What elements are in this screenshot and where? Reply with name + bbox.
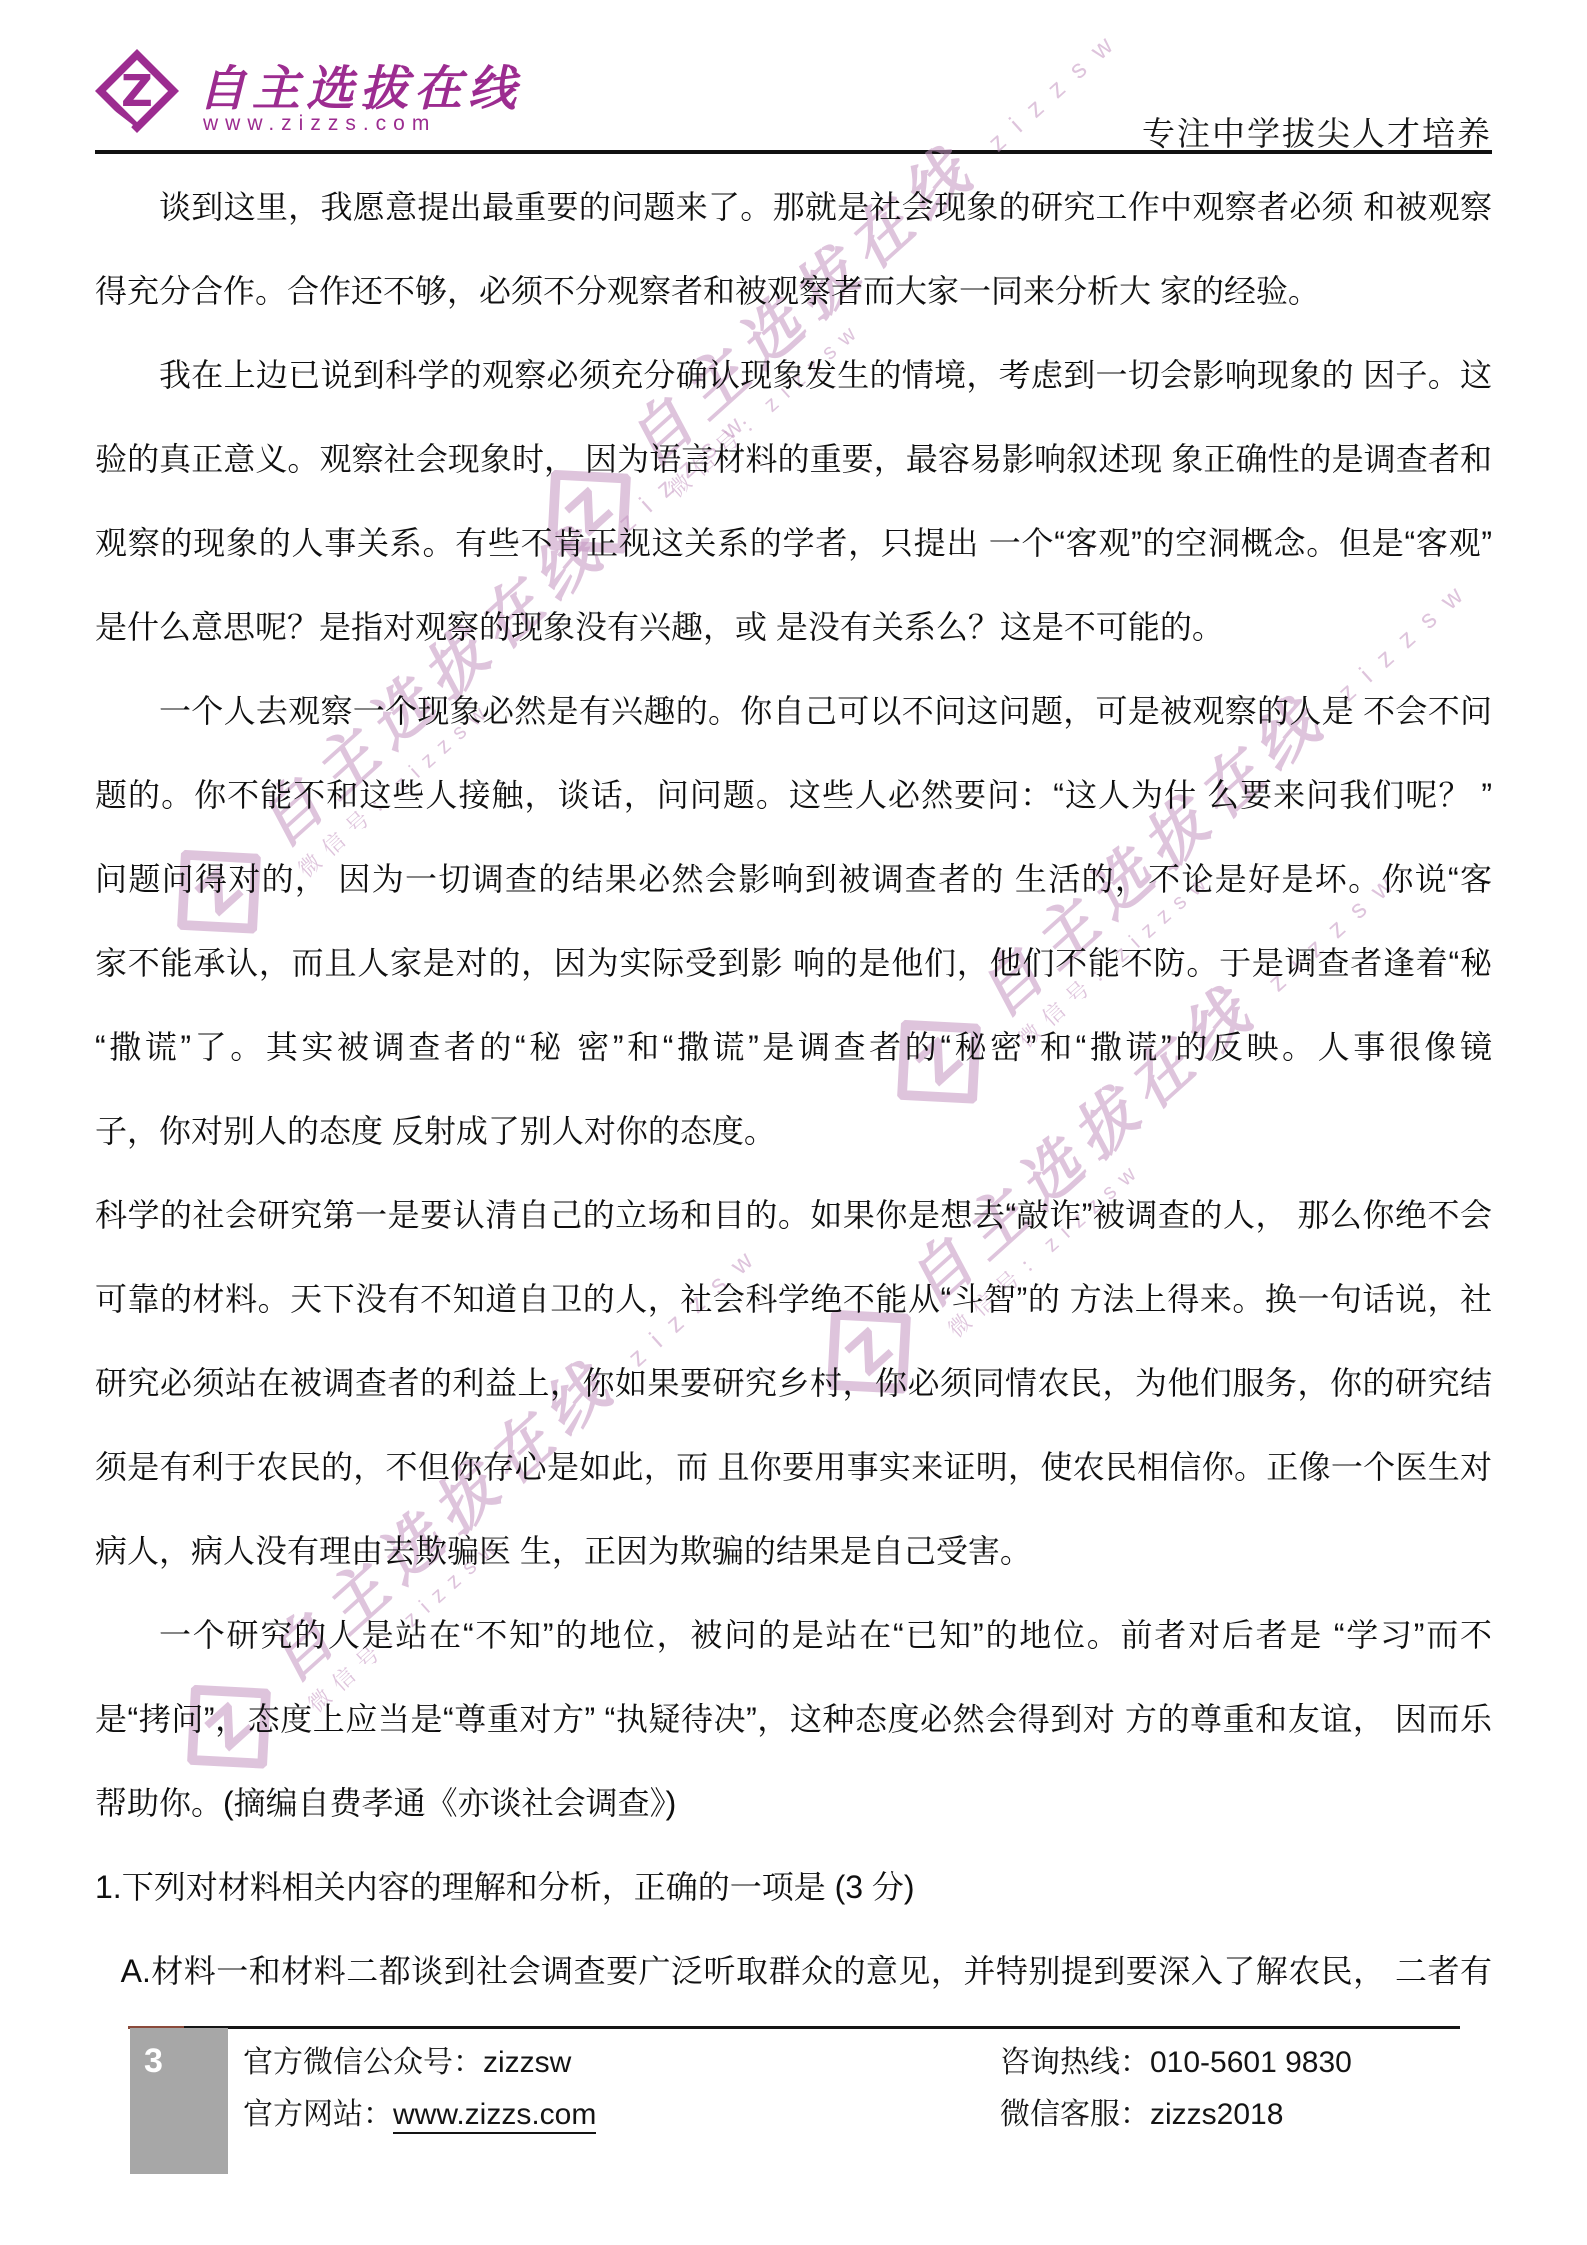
footer-wechat-service: 微信客服：zizzs2018: [1000, 2094, 1352, 2146]
page-number-block: 3: [130, 2028, 228, 2174]
body-line: 帮助你。(摘编自费孝通《亦谈社会调查》): [95, 1761, 1492, 1845]
document-body: 谈到这里，我愿意提出最重要的问题来了。那就是社会现象的研究工作中观察者必须 和被…: [95, 165, 1492, 2013]
footer-hotline-label: 咨询热线：: [1000, 2046, 1150, 2079]
header-divider: [95, 150, 1492, 154]
page-number: 3: [130, 2028, 228, 2081]
body-line: 研究必须站在被调查者的利益上，你如果要研究乡村，你必须同情农民，为他们服务，你的…: [95, 1341, 1492, 1425]
watermark-letters: zizzsw: [982, 20, 1131, 159]
footer-wechat-public-value: zizzsw: [483, 2046, 571, 2079]
footer-wechat-service-value: zizzs2018: [1150, 2098, 1283, 2131]
footer-hotline-value: 010-5601 9830: [1150, 2046, 1352, 2079]
body-line: 题的。你不能不和这些人接触，谈话，问问题。这些人必然要问：“这人为什 么要来问我…: [95, 753, 1492, 837]
footer-left-column: 官方微信公众号：zizzsw 官方网站：www.zizzs.com: [243, 2042, 596, 2146]
footer-right-column: 咨询热线：010-5601 9830 微信客服：zizzs2018: [1000, 2042, 1352, 2146]
body-line: 家不能承认，而且人家是对的，因为实际受到影 响的是他们，他们不能不防。于是调查者…: [95, 921, 1492, 1005]
body-line: 是“拷问”，态度上应当是“尊重对方” “执疑待决”，这种态度必然会得到对 方的尊…: [95, 1677, 1492, 1761]
body-line: 须是有利于农民的，不但你存心是如此，而 且你要用事实来证明，使农民相信你。正像一…: [95, 1425, 1492, 1509]
brand-name: 自主选拔在线: [198, 50, 522, 119]
body-line: 我在上边已说到科学的观察必须充分确认现象发生的情境，考虑到一切会影响现象的 因子…: [95, 333, 1492, 417]
footer-divider: [184, 2026, 1460, 2029]
header-tagline: 专注中学拔尖人才培养: [1142, 108, 1492, 155]
footer-site-link[interactable]: www.zizzs.com: [393, 2098, 596, 2134]
footer-wechat-public: 官方微信公众号：zizzsw: [243, 2042, 596, 2094]
body-line: 验的真正意义。观察社会现象时， 因为语言材料的重要，最容易影响叙述现 象正确性的…: [95, 417, 1492, 501]
footer-wechat-service-label: 微信客服：: [1000, 2098, 1150, 2131]
footer-site: 官方网站：www.zizzs.com: [243, 2094, 596, 2146]
footer-hotline: 咨询热线：010-5601 9830: [1000, 2042, 1352, 2094]
body-line: 可靠的材料。天下没有不知道自卫的人，社会科学绝不能从“斗智”的 方法上得来。换一…: [95, 1257, 1492, 1341]
svg-text:Z: Z: [121, 66, 153, 117]
body-line: 病人，病人没有理由去欺骗医 生，正因为欺骗的结果是自己受害。: [95, 1509, 1492, 1593]
body-line: 是什么意思呢？是指对观察的现象没有兴趣，或 是没有关系么？这是不可能的。: [95, 585, 1492, 669]
brand-diamond-z-logo: Z: [95, 40, 179, 142]
brand-url: www.zizzs.com: [203, 112, 436, 136]
body-line: 问题问得对的， 因为一切调查的结果必然会影响到被调查者的 生活的，不论是好是坏。…: [95, 837, 1492, 921]
body-line: 一个人去观察一个现象必然是有兴趣的。你自己可以不问这问题，可是被观察的人是 不会…: [95, 669, 1492, 753]
body-line: 一个研究的人是站在“不知”的地位，被问的是站在“已知”的地位。前者对后者是 “学…: [95, 1593, 1492, 1677]
footer-site-label: 官方网站：: [243, 2098, 393, 2131]
body-line: 观察的现象的人事关系。有些不肯正视这关系的学者，只提出 一个“客观”的空洞概念。…: [95, 501, 1492, 585]
body-line: 子，你对别人的态度 反射成了别人对你的态度。: [95, 1089, 1492, 1173]
body-line: 1.下列对材料相关内容的理解和分析，正确的一项是 (3 分): [95, 1845, 1492, 1929]
body-line: 科学的社会研究第一是要认清自己的立场和目的。如果你是想去“敲诈”被调查的人， 那…: [95, 1173, 1492, 1257]
body-line: “撒谎”了。其实被调查者的“秘 密”和“撒谎”是调查者的“秘密”和“撒谎”的反映…: [95, 1005, 1492, 1089]
body-line: 得充分合作。合作还不够，必须不分观察者和被观察者而大家一同来分析大 家的经验。: [95, 249, 1492, 333]
document-page: Z 自主选拔在线 www.zizzs.com 专注中学拔尖人才培养 Z 自主选拔…: [0, 0, 1587, 2245]
footer-wechat-public-label: 官方微信公众号：: [243, 2046, 483, 2079]
body-line: 谈到这里，我愿意提出最重要的问题来了。那就是社会现象的研究工作中观察者必须 和被…: [95, 165, 1492, 249]
body-line: A.材料一和材料二都谈到社会调查要广泛听取群众的意见，并特别提到要深入了解农民，…: [95, 1929, 1492, 2013]
